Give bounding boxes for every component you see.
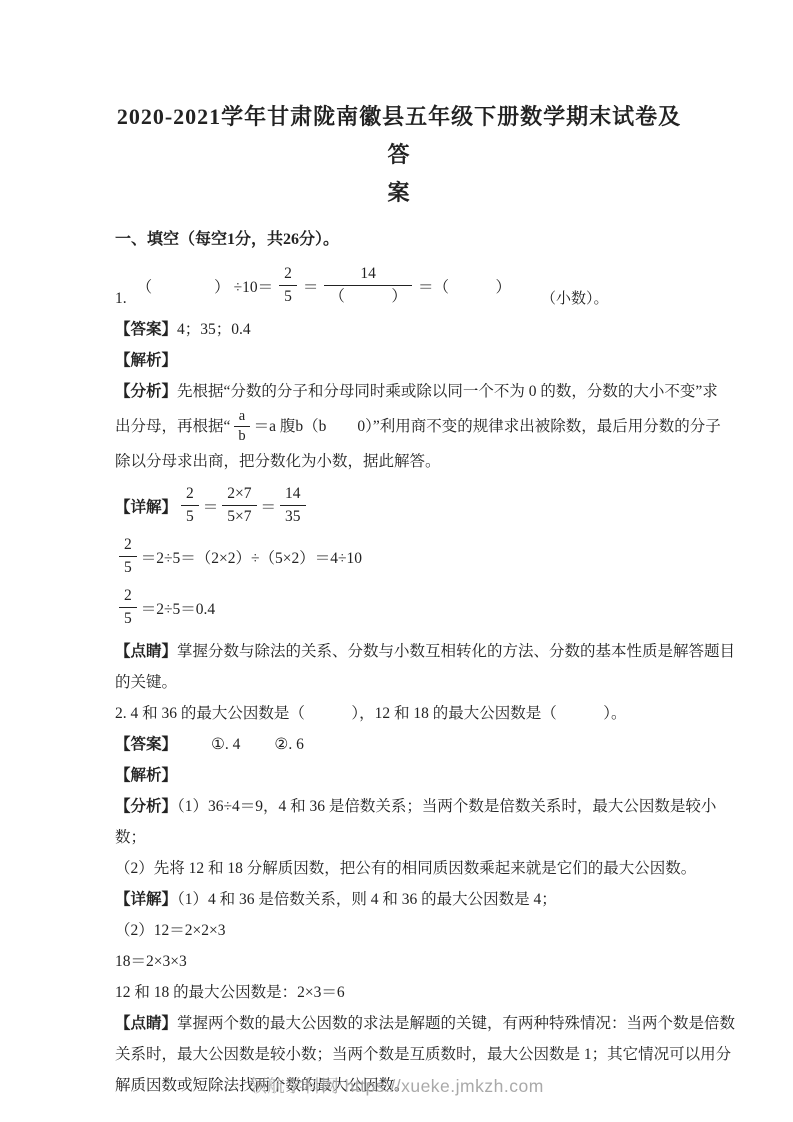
- page-title-line1: 2020-2021学年甘肃陇南徽县五年级下册数学期末试卷及答: [115, 98, 683, 174]
- q1-answer-line: 【答案】4；35；0.4: [115, 314, 683, 345]
- q2-analysis-line-3: （2）先将 12 和 18 分解质因数，把公有的相同质因数乘起来就是它们的最大公…: [115, 853, 683, 884]
- q1-key-point-line-1: 【点睛】掌握分数与除法的关系、分数与小数互相转化的方法、分数的基本性质是解答题目: [115, 636, 683, 667]
- q2-key-point-line-1: 【点睛】掌握两个数的最大公因数的求法是解题的关键，有两种特殊情况：当两个数是倍数: [115, 1008, 683, 1039]
- detail-label: 【详解】: [115, 891, 177, 908]
- q2-detail-line-1: 【详解】（1）4 和 36 是倍数关系，则 4 和 36 的最大公因数是 4；: [115, 884, 683, 915]
- analysis-label: 【分析】: [115, 383, 177, 400]
- answer-label: 【答案】: [115, 321, 177, 338]
- q1-analysis-line-1: 【分析】先根据“分数的分子和分母同时乘或除以同一个不为 0 的数，分数的大小不变…: [115, 376, 683, 407]
- q1-detail-row-2: 2 5 ＝2÷5＝（2×2）÷（5×2）＝4÷10: [115, 534, 683, 579]
- fraction-a-b: a b: [234, 407, 249, 446]
- watermark-footer: 领航学科网 https://xueke.jmkzh.com: [0, 1073, 793, 1098]
- q1-analysis-line-3: 除以分母求出商，把分数化为小数，据此解答。: [115, 446, 683, 477]
- exam-document-page: 2020-2021学年甘肃陇南徽县五年级下册数学期末试卷及答 案 一、填空（每空…: [0, 0, 793, 1122]
- fraction-2-5: 2 5: [119, 534, 137, 579]
- fraction-2-5: 2 5: [279, 263, 297, 308]
- q1-key-point-line-2: 的关键。: [115, 667, 683, 698]
- question-1-number: 1.: [115, 290, 127, 308]
- q1-detail-row-1: 【详解】 2 5 ＝ 2×7 5×7 ＝ 14 35: [115, 483, 683, 528]
- q2-answer-item-1: ①. 4: [211, 736, 240, 753]
- key-point-label: 【点睛】: [115, 1015, 177, 1032]
- q2-detail-line-2: （2）12＝2×2×3: [115, 915, 683, 946]
- analysis-label: 【分析】: [115, 798, 177, 815]
- q1-equals-1: ＝: [303, 275, 319, 297]
- q2-key-point-line-2: 关系时，最大公因数是较小数；当两个数是互质数时，最大公因数是 1；其它情况可以用…: [115, 1039, 683, 1070]
- q1-detail-row-3: 2 5 ＝2÷5＝0.4: [115, 585, 683, 630]
- section-1-heading: 一、填空（每空1分，共26分）。: [115, 224, 683, 255]
- detail-label: 【详解】: [115, 495, 177, 517]
- fraction-2-5: 2 5: [119, 585, 137, 630]
- q2-jiexi-label: 【解析】: [115, 760, 683, 791]
- q2-analysis-line-1: 【分析】（1）36÷4＝9，4 和 36 是倍数关系；当两个数是倍数关系时，最大…: [115, 791, 683, 822]
- question-1-equation-row: 1. （ ） ÷10＝ 2 5 ＝ 14 （ ） ＝（ ） （小数）。: [115, 263, 683, 308]
- q2-answer-line: 【答案】①. 4②. 6: [115, 729, 683, 760]
- q2-analysis-line-2: 数；: [115, 822, 683, 853]
- question-2-text: 2. 4 和 36 的最大公因数是（ ），12 和 18 的最大公因数是（ ）。: [115, 698, 683, 729]
- q1-jiexi-label: 【解析】: [115, 345, 683, 376]
- q2-detail-line-3: 18＝2×3×3: [115, 946, 683, 977]
- fraction-2x7-5x7: 2×7 5×7: [222, 483, 256, 528]
- fraction-14-35: 14 35: [280, 483, 306, 528]
- q1-divide-10: ÷10＝: [234, 275, 274, 297]
- fraction-2-5: 2 5: [181, 483, 199, 528]
- answer-label: 【答案】: [115, 736, 177, 753]
- page-title-line2: 案: [115, 174, 683, 212]
- q1-analysis-line-2: 出分母，再根据“ a b ＝a 腹b（b 0）”利用商不变的规律求出被除数，最后…: [115, 407, 683, 446]
- q1-answer-text: 4；35；0.4: [177, 321, 251, 338]
- q1-equals-blank: ＝（ ）: [418, 275, 511, 297]
- q2-detail-line-4: 12 和 18 的最大公因数是：2×3＝6: [115, 977, 683, 1008]
- q1-blank-1: （ ）: [137, 275, 230, 297]
- key-point-label: 【点睛】: [115, 643, 177, 660]
- fraction-14-blank: 14 （ ）: [324, 263, 412, 308]
- q2-answer-item-2: ②. 6: [274, 736, 303, 753]
- page-title: 2020-2021学年甘肃陇南徽县五年级下册数学期末试卷及答 案: [115, 98, 683, 212]
- watermark-text: 领航学科网 https://xueke.jmkzh.com: [249, 1076, 544, 1096]
- q1-decimal-note: （小数）。: [541, 287, 609, 308]
